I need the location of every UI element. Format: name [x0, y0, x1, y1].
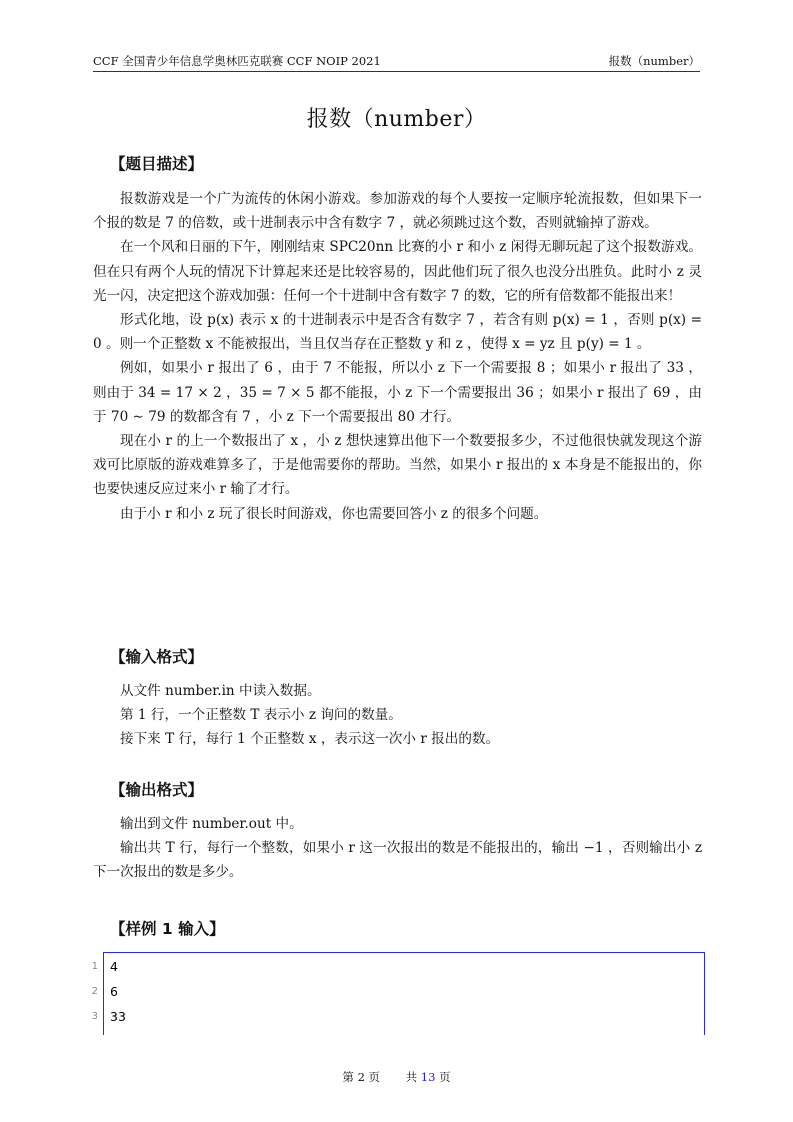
- section-heading-sample-input: 【样例 1 输入】: [110, 917, 225, 939]
- page-header: CCF 全国青少年信息学奥林匹克联赛 CCF NOIP 2021 报数（numb…: [93, 52, 700, 70]
- description-body: 报数游戏是一个广为流传的休闲小游戏。参加游戏的每个人要按一定顺序轮流报数，但如果…: [93, 187, 702, 526]
- line-number: 3: [88, 1011, 98, 1022]
- footer-page-prefix: 第: [342, 1070, 354, 1084]
- input-format-line: 从文件 number.in 中读入数据。: [93, 679, 702, 703]
- sample-input-code-block: 1 4 2 6 3 33: [103, 952, 705, 1035]
- line-value: 6: [110, 984, 118, 999]
- input-format-body: 从文件 number.in 中读入数据。 第 1 行，一个正整数 T 表示小 z…: [93, 679, 702, 752]
- description-paragraph: 由于小 r 和小 z 玩了很长时间游戏，你也需要回答小 z 的很多个问题。: [93, 502, 702, 526]
- header-problem-name: 报数（number）: [609, 53, 700, 69]
- page-footer: 第 2 页 共 13 页: [0, 1069, 793, 1085]
- description-paragraph: 在一个风和日丽的下午，刚刚结束 SPC20nn 比赛的小 r 和小 z 闲得无聊…: [93, 235, 702, 308]
- section-heading-input-format: 【输入格式】: [110, 645, 203, 667]
- output-format-line: 输出共 T 行，每行一个整数，如果小 r 这一次报出的数是不能报出的，输出 −1…: [93, 836, 702, 884]
- header-divider: [93, 71, 700, 72]
- output-format-body: 输出到文件 number.out 中。 输出共 T 行，每行一个整数，如果小 r…: [93, 812, 702, 885]
- footer-page-number: 2: [358, 1070, 365, 1084]
- output-format-line: 输出到文件 number.out 中。: [93, 812, 702, 836]
- header-contest-name: CCF 全国青少年信息学奥林匹克联赛 CCF NOIP 2021: [93, 53, 381, 69]
- footer-total-pages-link[interactable]: 13: [421, 1070, 436, 1084]
- line-number: 1: [88, 961, 98, 972]
- problem-title: 报数（number）: [0, 102, 793, 133]
- line-value: 4: [110, 959, 118, 974]
- description-paragraph: 例如，如果小 r 报出了 6 ，由于 7 不能报，所以小 z 下一个需要报 8 …: [93, 356, 702, 429]
- description-paragraph: 现在小 r 的上一个数报出了 x ，小 z 想快速算出他下一个数要报多少，不过他…: [93, 429, 702, 502]
- section-heading-description: 【题目描述】: [110, 152, 203, 174]
- description-paragraph: 报数游戏是一个广为流传的休闲小游戏。参加游戏的每个人要按一定顺序轮流报数，但如果…: [93, 187, 702, 235]
- description-paragraph: 形式化地，设 p(x) 表示 x 的十进制表示中是否含有数字 7 ，若含有则 p…: [93, 308, 702, 356]
- line-value: 33: [110, 1009, 126, 1024]
- footer-total-unit: 页: [439, 1070, 451, 1084]
- input-format-line: 第 1 行，一个正整数 T 表示小 z 询问的数量。: [93, 703, 702, 727]
- input-format-line: 接下来 T 行，每行 1 个正整数 x ，表示这一次小 r 报出的数。: [93, 727, 702, 751]
- section-heading-output-format: 【输出格式】: [110, 778, 203, 800]
- footer-total-prefix: 共: [406, 1070, 418, 1084]
- line-number: 2: [88, 986, 98, 997]
- footer-page-unit: 页: [369, 1070, 381, 1084]
